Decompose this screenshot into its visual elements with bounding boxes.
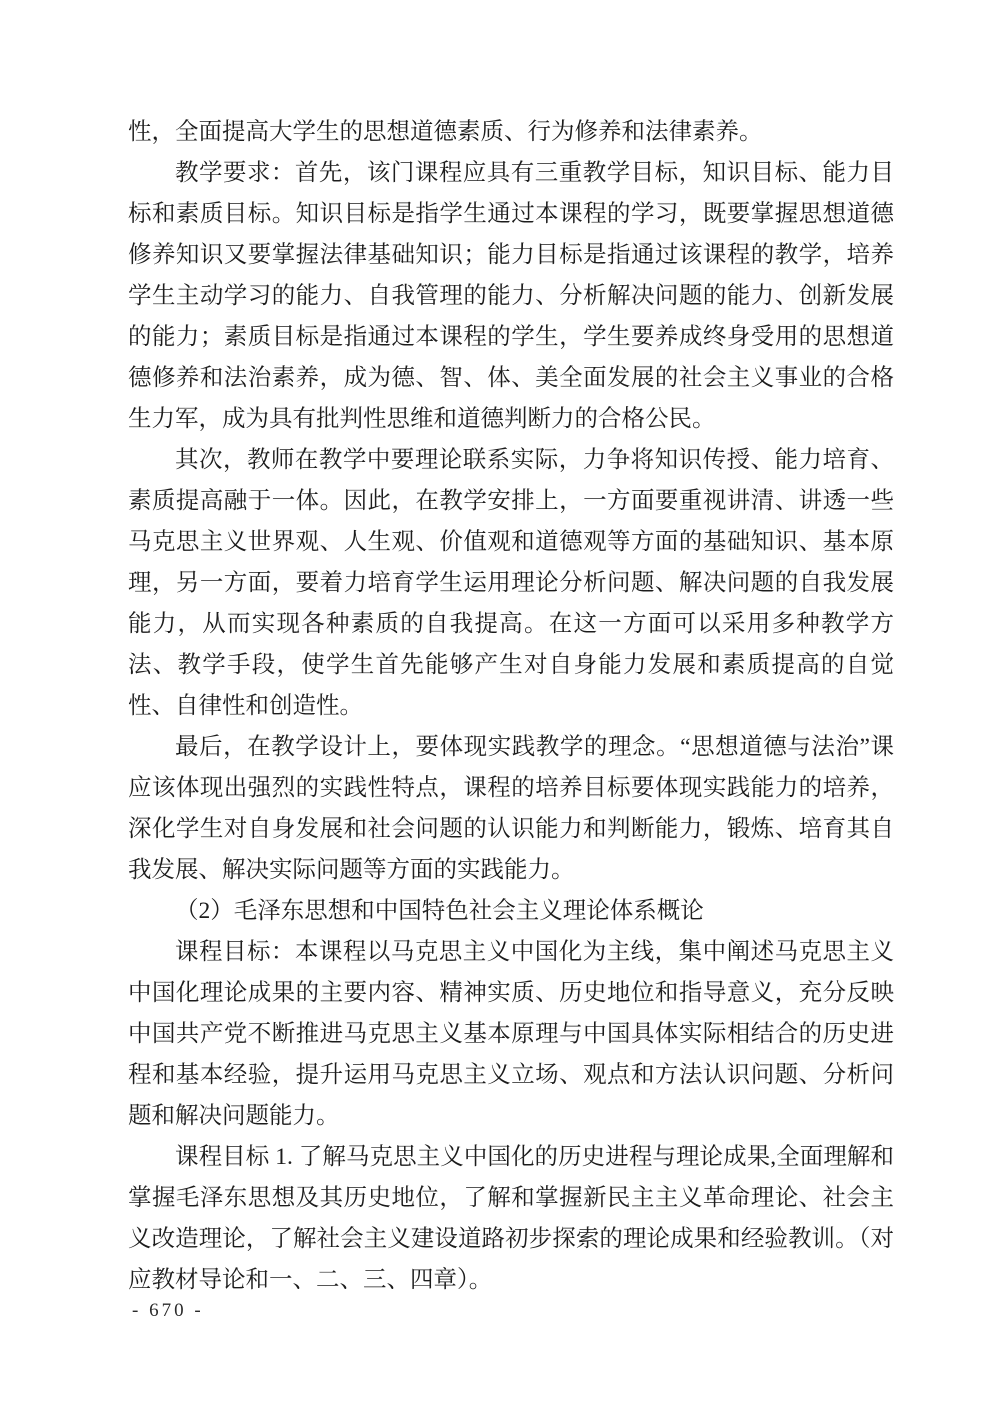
paragraph: 其次，教师在教学中要理论联系实际，力争将知识传授、能力培育、素质提高融于一体。因… <box>128 440 894 727</box>
paragraph: 课程目标：本课程以马克思主义中国化为主线，集中阐述马克思主义中国化理论成果的主要… <box>128 932 894 1137</box>
paragraph: 最后，在教学设计上，要体现实践教学的理念。“思想道德与法治”课应该体现出强烈的实… <box>128 727 894 891</box>
paragraph: 教学要求：首先，该门课程应具有三重教学目标，知识目标、能力目标和素质目标。知识目… <box>128 153 894 440</box>
document-body: 性，全面提高大学生的思想道德素质、行为修养和法律素养。教学要求：首先，该门课程应… <box>128 112 894 1301</box>
paragraph: （2）毛泽东思想和中国特色社会主义理论体系概论 <box>128 891 894 932</box>
paragraph: 性，全面提高大学生的思想道德素质、行为修养和法律素养。 <box>128 112 894 153</box>
document-page: 性，全面提高大学生的思想道德素质、行为修养和法律素养。教学要求：首先，该门课程应… <box>0 0 1000 1414</box>
paragraph: 课程目标 1. 了解马克思主义中国化的历史进程与理论成果,全面理解和掌握毛泽东思… <box>128 1137 894 1301</box>
page-number: - 670 - <box>132 1300 204 1322</box>
